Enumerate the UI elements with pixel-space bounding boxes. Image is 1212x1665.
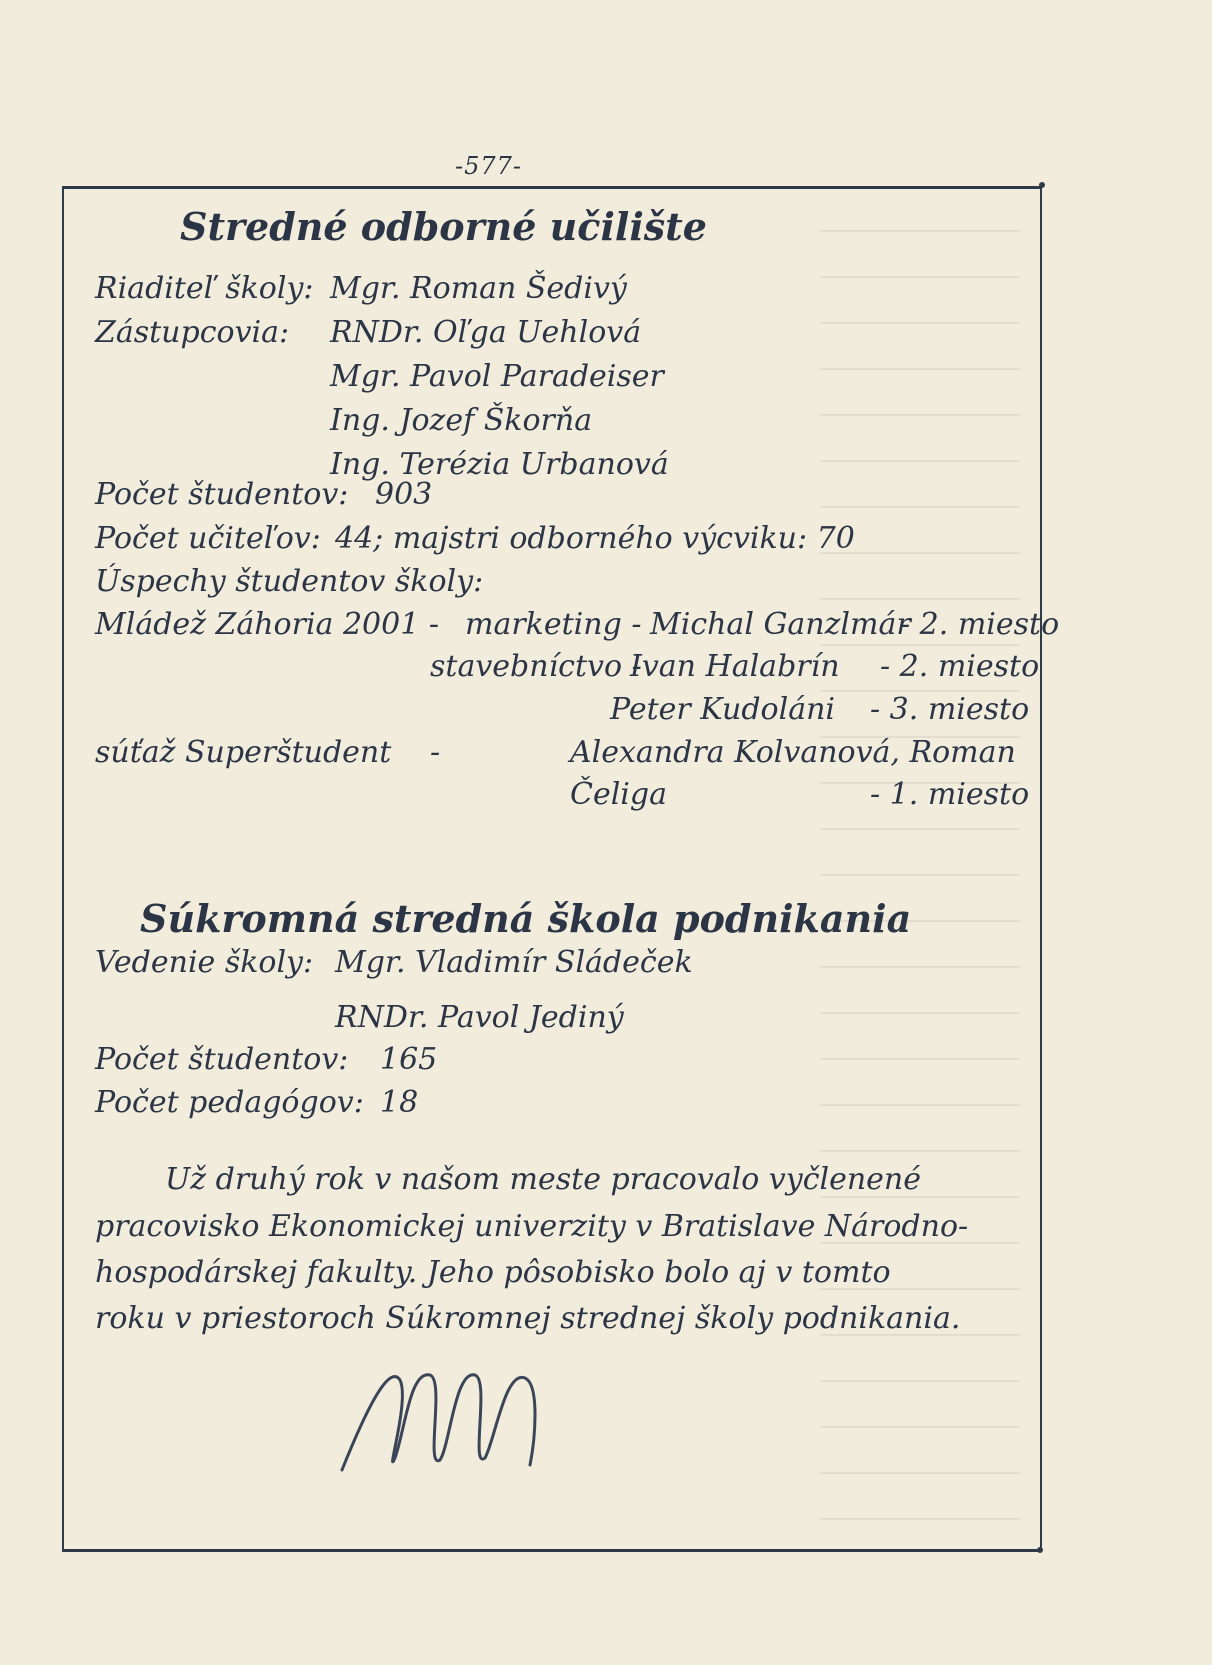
students-count: 903 bbox=[375, 480, 432, 510]
section1-title: Stredné odborné učilište bbox=[180, 208, 707, 246]
director-label: Riaditeľ školy: bbox=[95, 274, 314, 304]
competition-label: Mládež Záhoria 2001 - bbox=[95, 610, 439, 640]
leadership-label: Vedenie školy: bbox=[95, 948, 313, 978]
students-label: Počet študentov: bbox=[95, 1045, 348, 1075]
paragraph-line: hospodárskej fakulty. Jeho pôsobisko bol… bbox=[95, 1258, 891, 1288]
leader-name: RNDr. Pavol Jediný bbox=[335, 1003, 624, 1033]
deputy-name: Mgr. Pavol Paradeiser bbox=[330, 362, 664, 392]
frame-corner-dot bbox=[1039, 182, 1045, 188]
result-place: - 3. miesto bbox=[870, 695, 1029, 725]
competition2-dash: - bbox=[430, 738, 440, 768]
pedagogues-count: 18 bbox=[380, 1088, 418, 1118]
director-name: Mgr. Roman Šedivý bbox=[330, 274, 627, 304]
teachers-label: Počet učiteľov: bbox=[95, 524, 321, 554]
result-field: stavebníctvo - bbox=[430, 652, 642, 682]
result-name: Ivan Halabrín bbox=[630, 652, 840, 682]
deputy-name: RNDr. Oľga Uehlová bbox=[330, 318, 641, 348]
students-label: Počet študentov: bbox=[95, 480, 348, 510]
page-number: -577- bbox=[455, 152, 522, 180]
competition2-names: Čeliga bbox=[570, 780, 667, 810]
deputy-name: Ing. Jozef Škorňa bbox=[330, 406, 592, 436]
paragraph-line: pracovisko Ekonomickej univerzity v Brat… bbox=[95, 1212, 968, 1242]
signature-icon bbox=[340, 1360, 600, 1490]
result-place: - 2. miesto bbox=[880, 652, 1039, 682]
teachers-count: 44; majstri odborného výcviku: 70 bbox=[335, 524, 855, 554]
result-name: Peter Kudoláni bbox=[610, 695, 835, 725]
result-name: Michal Ganzlmár bbox=[650, 610, 911, 640]
section2-title: Súkromná stredná škola podnikania bbox=[140, 900, 911, 938]
competition2-label: súťaž Superštudent bbox=[95, 738, 391, 768]
students-count: 165 bbox=[380, 1045, 437, 1075]
competition2-place: - 1. miesto bbox=[870, 780, 1029, 810]
result-field: marketing - bbox=[465, 610, 641, 640]
deputies-label: Zástupcovia: bbox=[95, 318, 289, 348]
leader-name: Mgr. Vladimír Sládeček bbox=[335, 948, 693, 978]
pedagogues-label: Počet pedagógov: bbox=[95, 1088, 364, 1118]
paragraph-line: Už druhý rok v našom meste pracovalo vyč… bbox=[165, 1165, 921, 1195]
competition2-names: Alexandra Kolvanová, Roman bbox=[570, 738, 1016, 768]
successes-label: Úspechy študentov školy: bbox=[95, 567, 483, 597]
frame-corner-dot bbox=[1037, 1547, 1043, 1553]
result-place: - 2. miesto bbox=[900, 610, 1059, 640]
paragraph-line: roku v priestoroch Súkromnej strednej šk… bbox=[95, 1304, 960, 1334]
deputy-name: Ing. Terézia Urbanová bbox=[330, 450, 669, 480]
